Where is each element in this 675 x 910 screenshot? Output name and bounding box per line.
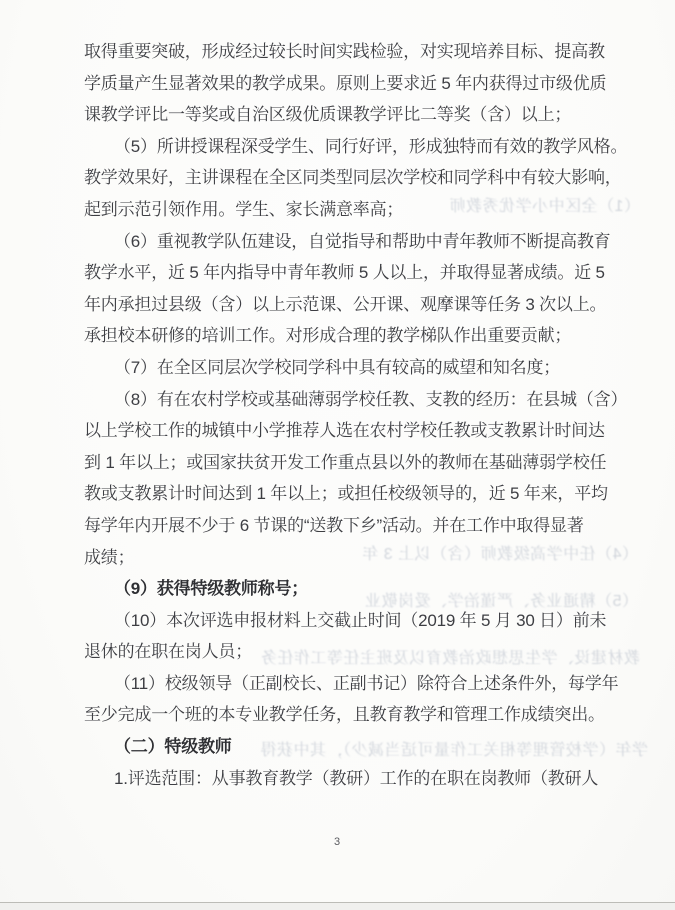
text-line: 教学水平，近 5 年内指导中青年教师 5 人以上，并取得显著成绩。近 5 bbox=[84, 257, 624, 289]
text-line: 教或支教累计时间达到 1 年以上；或担任校级领导的，近 5 年来，平均 bbox=[84, 478, 624, 510]
text-line: 至少完成一个班的本专业教学任务，且教育教学和管理工作成绩突出。 bbox=[84, 699, 624, 731]
text-line: 学质量产生显著效果的教学成果。原则上要求近 5 年内获得过市级优质 bbox=[84, 68, 624, 100]
text-line: （6）重视教学队伍建设，自觉指导和帮助中青年教师不断提高教育 bbox=[84, 226, 624, 258]
text-line: 年内承担过县级（含）以上示范课、公开课、观摩课等任务 3 次以上。 bbox=[84, 289, 624, 321]
text-line: （11）校级领导（正副校长、正副书记）除符合上述条件外，每学年 bbox=[84, 668, 624, 700]
text-line: （9）获得特级教师称号； bbox=[84, 573, 624, 605]
text-line: （8）有在农村学校或基础薄弱学校任教、支教的经历：在县城（含） bbox=[84, 384, 624, 416]
text-line: （二）特级教师 bbox=[84, 731, 624, 763]
text-line: 每学年内开展不少于 6 节课的“送教下乡”活动。并在工作中取得显著 bbox=[84, 510, 624, 542]
page-number: 3 bbox=[0, 836, 675, 848]
text-line: （7）在全区同层次学校同学科中具有较高的威望和知名度； bbox=[84, 352, 624, 384]
text-line: （10）本次评选申报材料上交截止时间（2019 年 5 月 30 日）前未 bbox=[84, 605, 624, 637]
text-line: 承担校本研修的培训工作。对形成合理的教学梯队作出重要贡献； bbox=[84, 320, 624, 352]
text-line: 取得重要突破，形成经过较长时间实践检验，对实现培养目标、提高教 bbox=[84, 36, 624, 68]
document-body: 取得重要突破，形成经过较长时间实践检验，对实现培养目标、提高教学质量产生显著效果… bbox=[84, 36, 624, 794]
text-line: （5）所讲授课程深受学生、同行好评，形成独特而有效的教学风格。 bbox=[84, 131, 624, 163]
text-line: 成绩； bbox=[84, 542, 624, 574]
scan-page-edge bbox=[0, 902, 675, 910]
text-line: 到 1 年以上；或国家扶贫开发工作重点县以外的教师在基础薄弱学校任 bbox=[84, 447, 624, 479]
scanned-document-page: 取得重要突破，形成经过较长时间实践检验，对实现培养目标、提高教学质量产生显著效果… bbox=[0, 0, 675, 910]
text-line: 教学效果好，主讲课程在全区同类型同层次学校和同学科中有较大影响， bbox=[84, 162, 624, 194]
text-line: 1.评选范围：从事教育教学（教研）工作的在职在岗教师（教研人 bbox=[84, 763, 624, 795]
text-line: 起到示范引领作用。学生、家长满意率高； bbox=[84, 194, 624, 226]
text-line: 退休的在职在岗人员； bbox=[84, 636, 624, 668]
text-line: 以上学校工作的城镇中小学推荐人选在农村学校任教或支教累计时间达 bbox=[84, 415, 624, 447]
text-line: 课教学评比一等奖或自治区级优质课教学评比二等奖（含）以上； bbox=[84, 99, 624, 131]
